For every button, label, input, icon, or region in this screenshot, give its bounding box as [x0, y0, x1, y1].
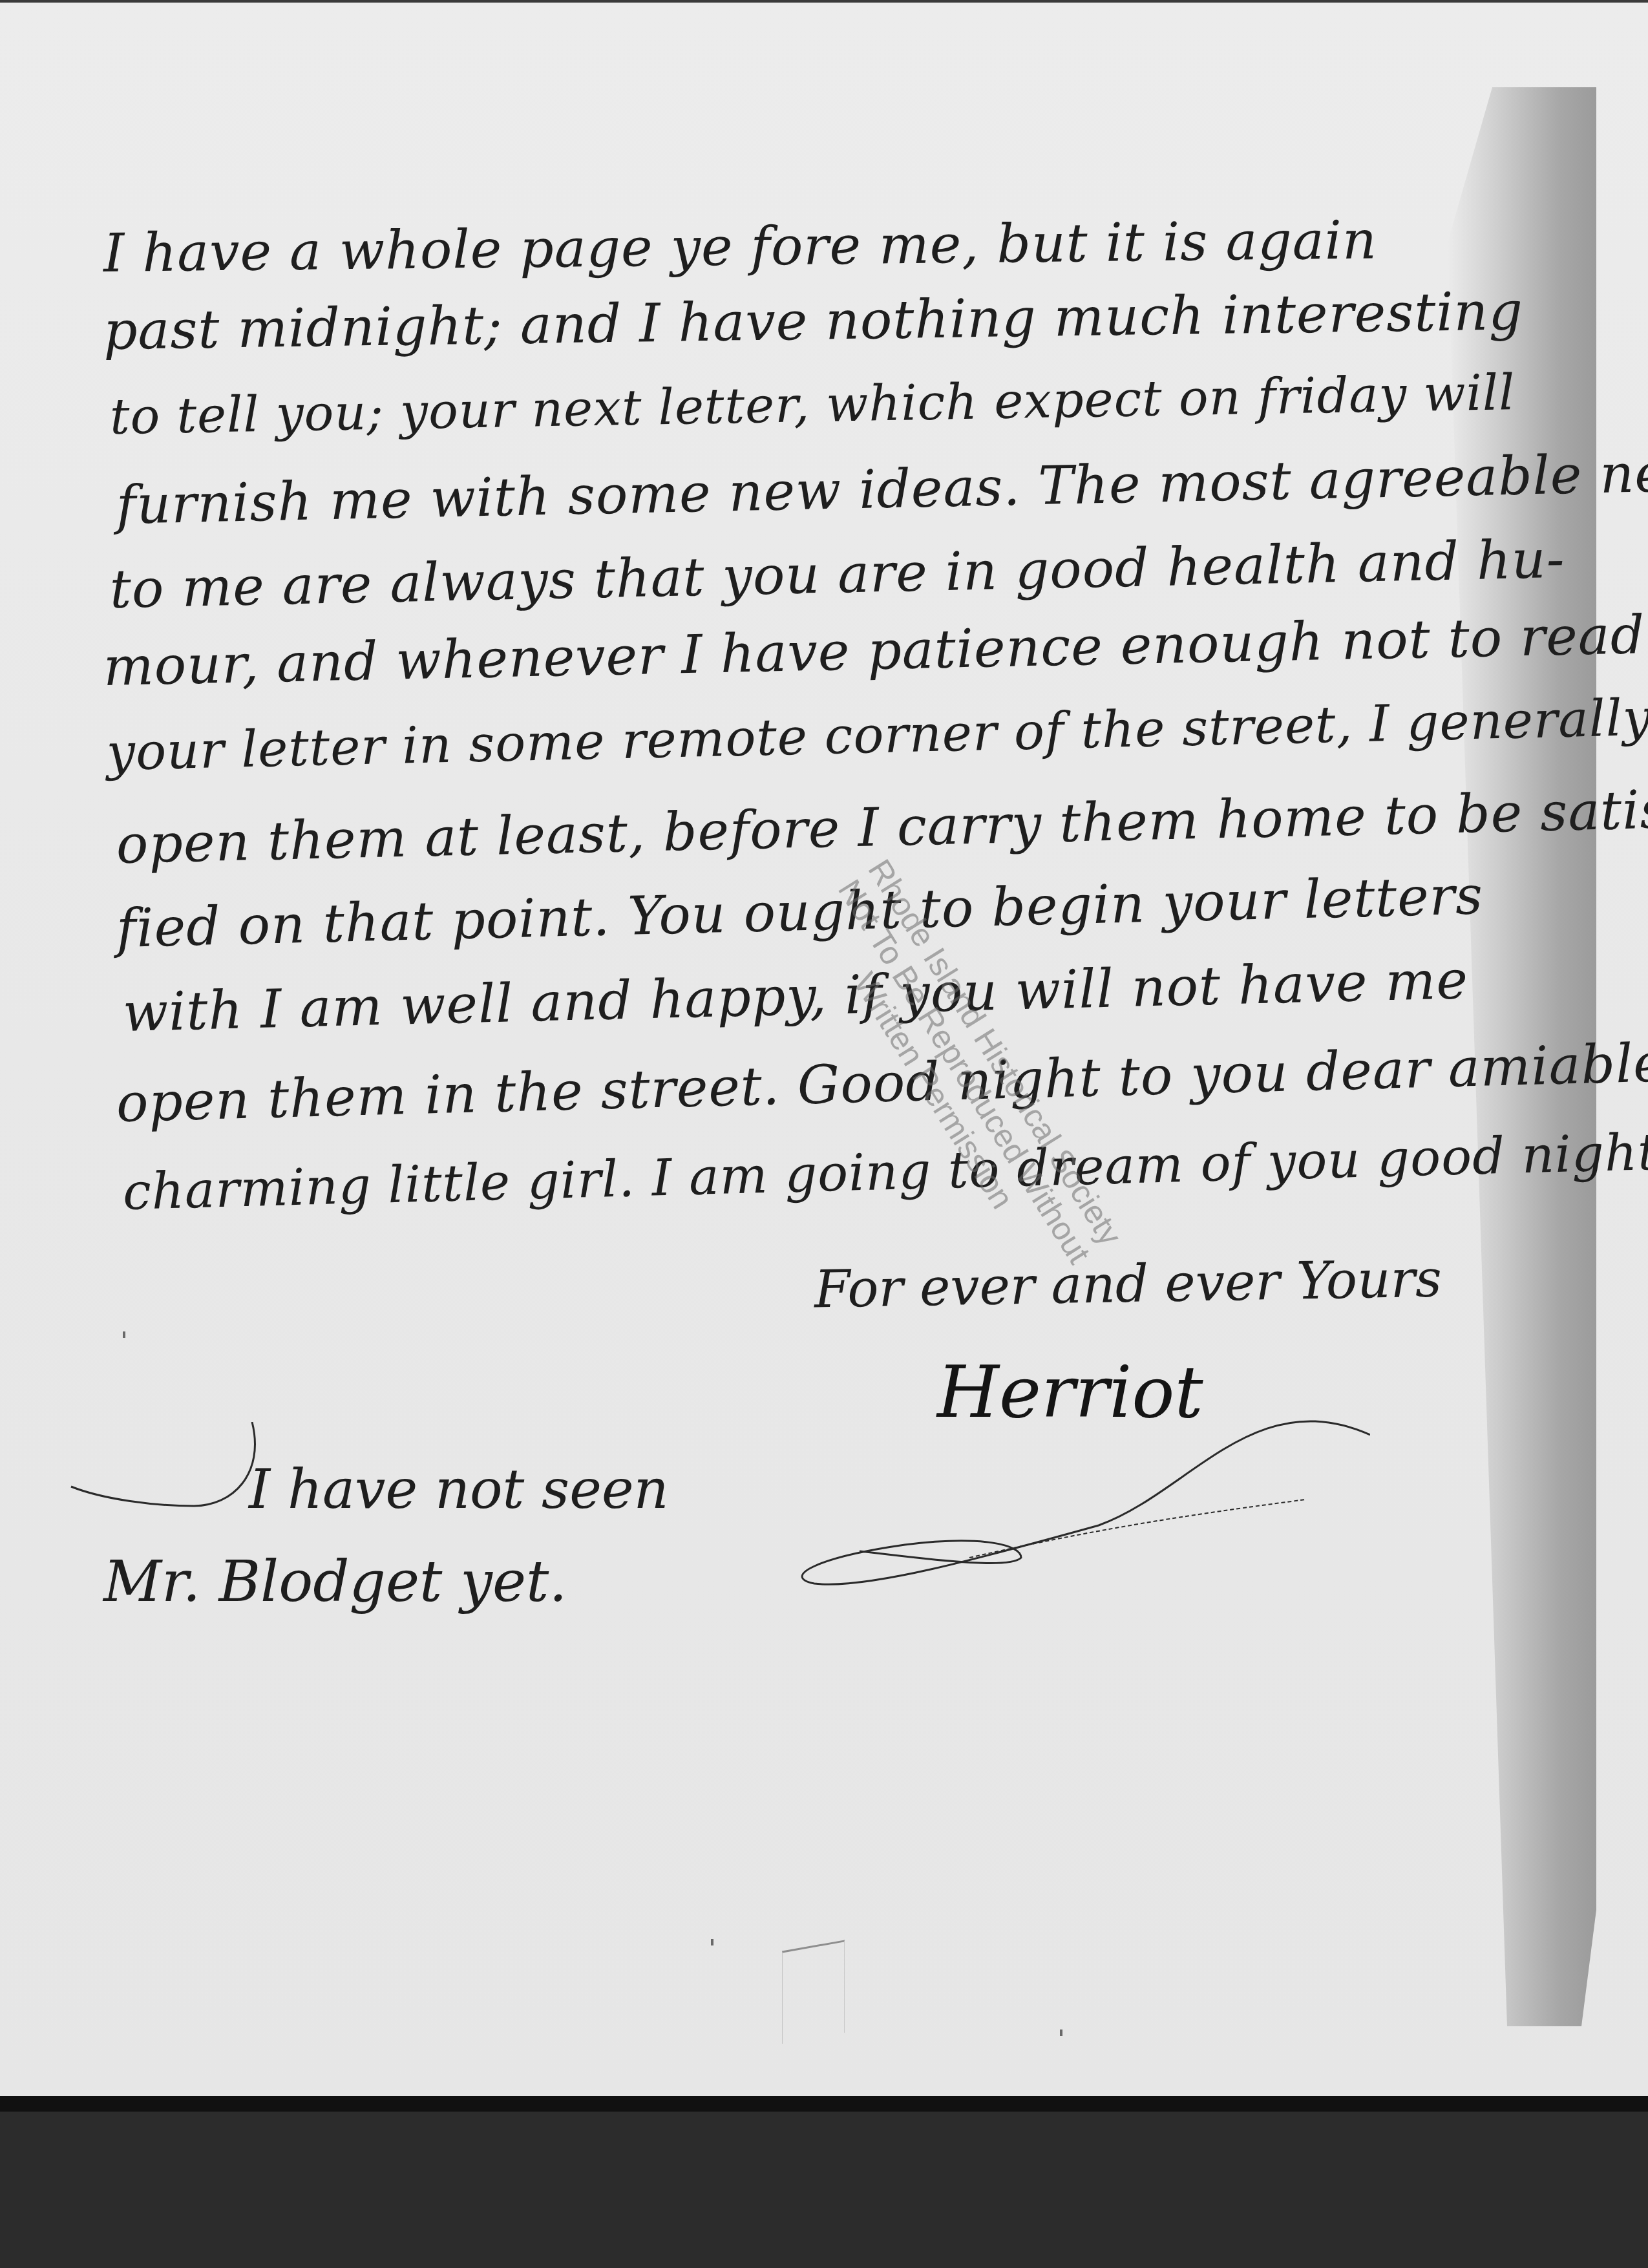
paper-speck: [123, 1331, 125, 1338]
letter-line-5: to me are always that you are in good he…: [109, 529, 1565, 620]
paper-speck: [711, 1939, 713, 1945]
postscript-flourish-icon: [65, 1422, 271, 1538]
signature-flourish-icon: [788, 1396, 1370, 1603]
letter-closing: For ever and ever Yours: [814, 1249, 1442, 1320]
letter-line-9: fied on that point. You ought to begin y…: [116, 865, 1484, 960]
scanner-background-band: [0, 2096, 1648, 2268]
ink-blot-mark: [782, 1940, 845, 2043]
letter-line-11: open them in the street. Good night to y…: [116, 1032, 1648, 1134]
letter-line-12: charming little girl. I am going to drea…: [122, 1123, 1648, 1222]
letter-line-2: past midnight; and I have nothing much i…: [103, 281, 1523, 362]
letter-line-10: with I am well and happy, if you will no…: [122, 949, 1469, 1044]
paper-speck: [1060, 2030, 1062, 2036]
postscript-line-2: Mr. Blodget yet.: [103, 1548, 567, 1615]
postscript-line-1: I have not seen: [249, 1457, 669, 1521]
letter-line-6: mour, and whenever I have patience enoug…: [103, 604, 1645, 698]
letter-line-7: your letter in some remote corner of the…: [106, 689, 1648, 782]
letter-line-3: to tell you; your next letter, which exp…: [109, 363, 1516, 445]
letter-line-4: furnish me with some new ideas. The most…: [116, 441, 1648, 536]
letter-line-1: I have a whole page ye fore me, but it i…: [103, 209, 1378, 284]
scanned-letter-page: I have a whole page ye fore me, but it i…: [0, 0, 1648, 2096]
